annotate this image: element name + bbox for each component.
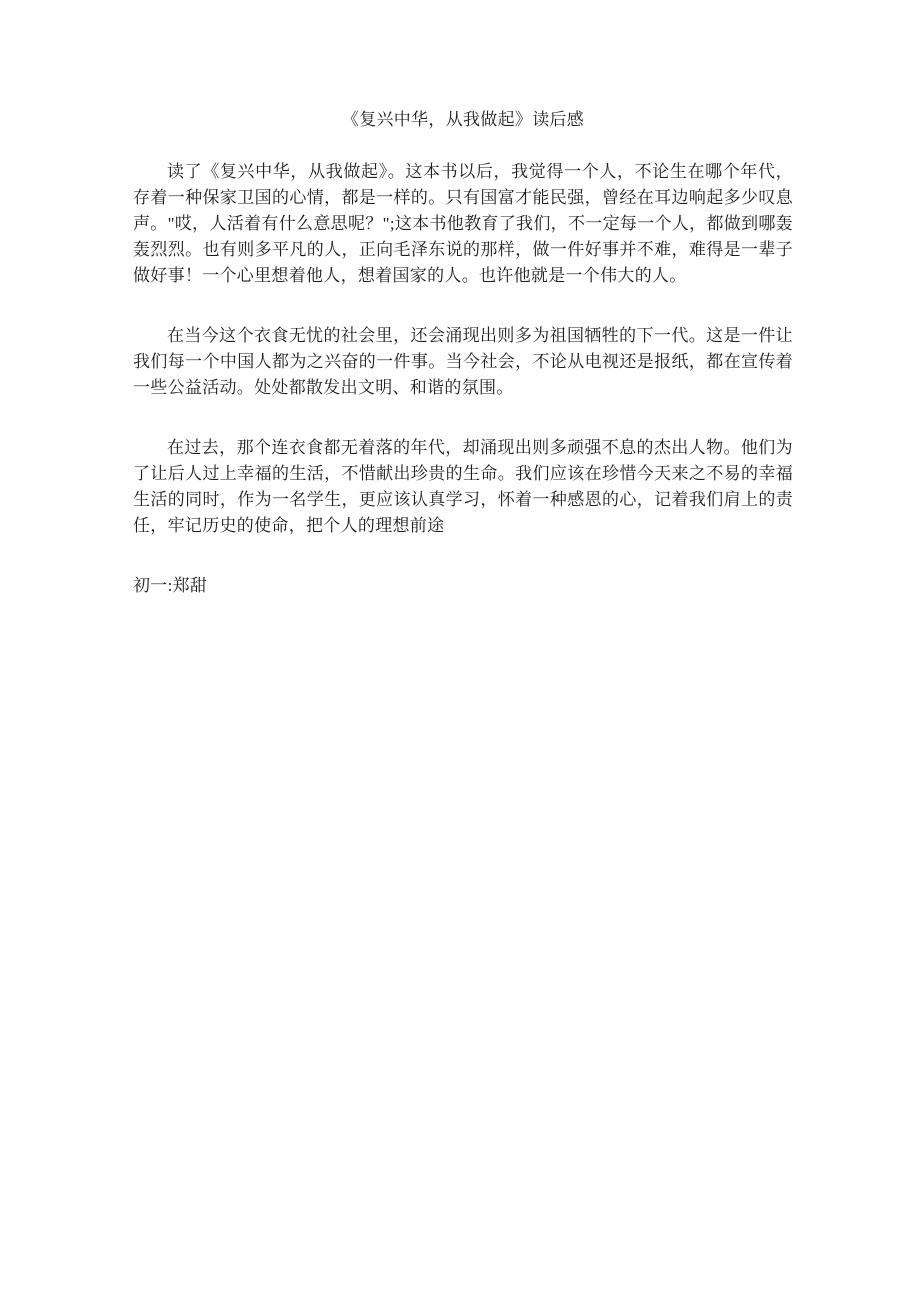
document-page: 《复兴中华，从我做起》读后感 读了《复兴中华，从我做起》。这本书以后，我觉得一个…: [0, 0, 920, 1302]
document-title: 《复兴中华，从我做起》读后感: [133, 107, 793, 133]
signature-line: 初一:郑甜: [133, 573, 793, 599]
paragraph-3: 在过去，那个连衣食都无着落的年代，却涌现出则多顽强不息的杰出人物。他们为了让后人…: [133, 435, 793, 539]
document-content: 《复兴中华，从我做起》读后感 读了《复兴中华，从我做起》。这本书以后，我觉得一个…: [133, 107, 793, 599]
paragraph-2: 在当今这个衣食无忧的社会里，还会涌现出则多为祖国牺牲的下一代。这是一件让我们每一…: [133, 323, 793, 401]
paragraph-1: 读了《复兴中华，从我做起》。这本书以后，我觉得一个人，不论生在哪个年代，存着一种…: [133, 159, 793, 289]
